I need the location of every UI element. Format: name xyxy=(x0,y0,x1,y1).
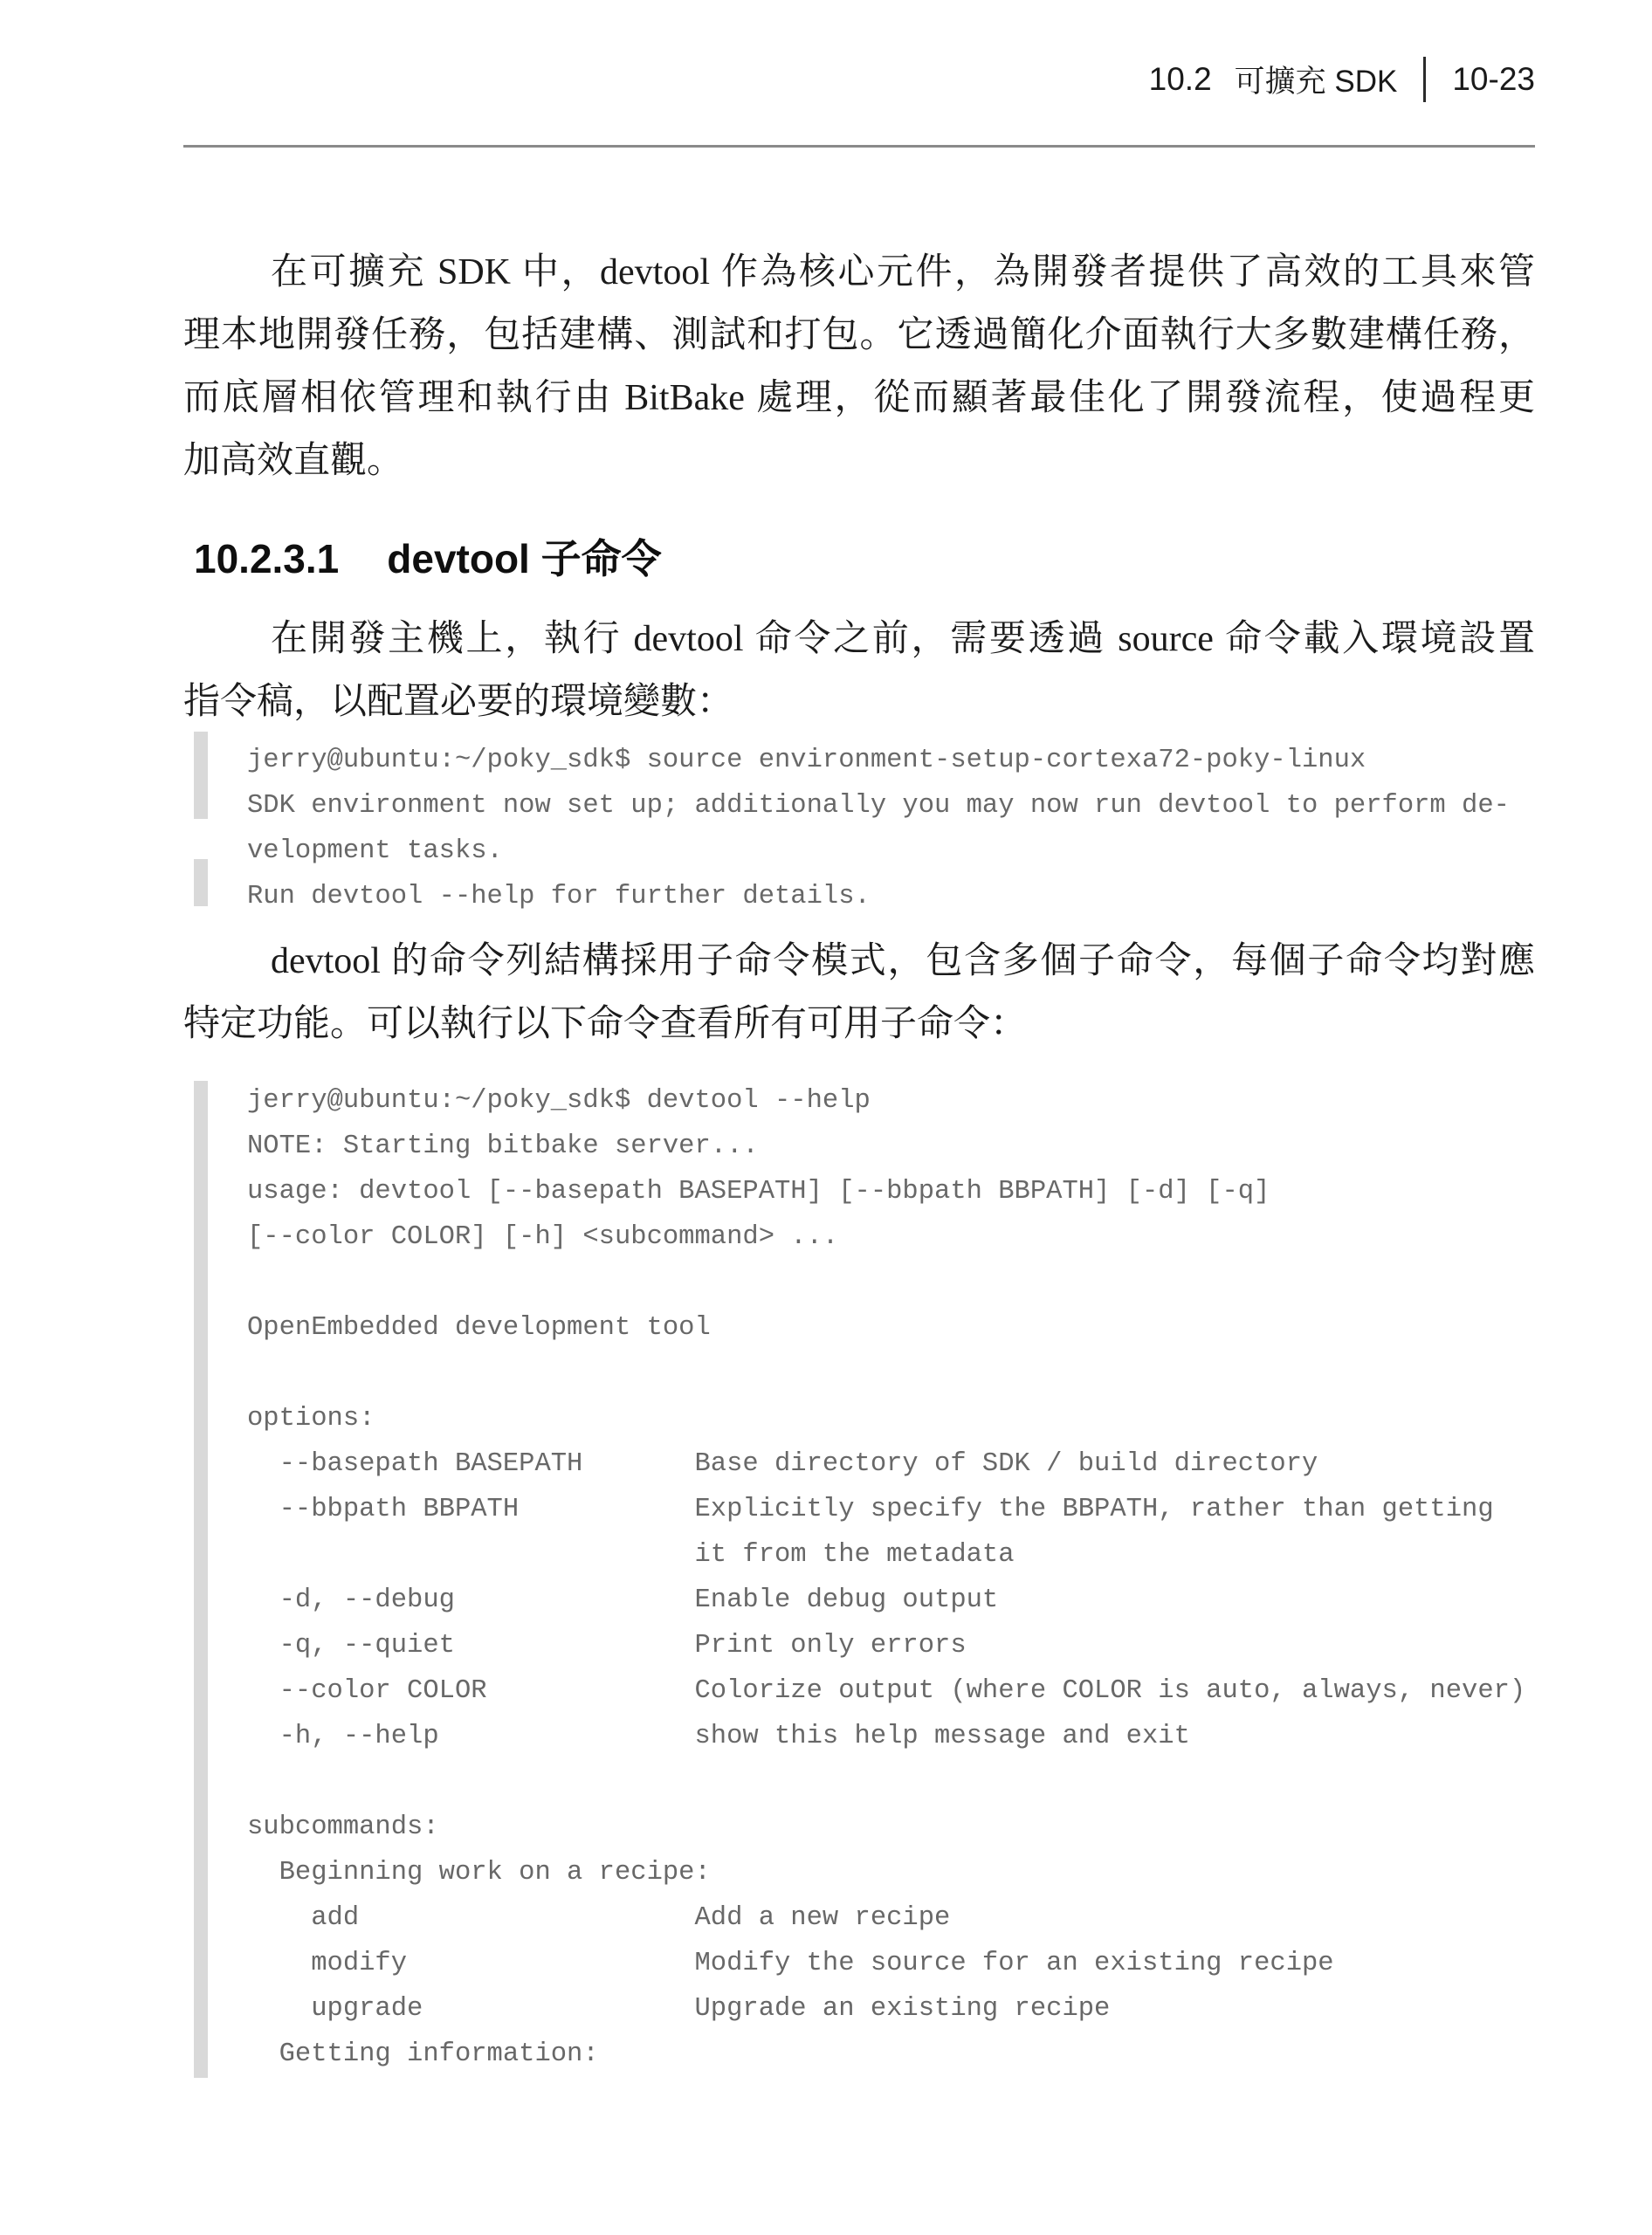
code-line: --color COLOR Colorize output (where COL… xyxy=(247,1668,1525,1714)
code-line: NOTE: Starting bitbake server... xyxy=(247,1124,1525,1169)
header-section-number: 10.2 xyxy=(1149,61,1212,98)
header-page-number: 10-23 xyxy=(1452,61,1535,98)
code-line: velopment tasks. xyxy=(247,829,1510,874)
code-line xyxy=(247,1351,1525,1396)
code-line: Beginning work on a recipe: xyxy=(247,1850,1525,1895)
code-block-source-env: jerry@ubuntu:~/poky_sdk$ source environm… xyxy=(247,738,1510,919)
paragraph-subcommands: devtool 的命令列結構採用子命令模式，包含多個子命令，每個子命令均對應 特… xyxy=(183,930,1535,1056)
code-line xyxy=(247,1260,1525,1305)
code-line: usage: devtool [--basepath BASEPATH] [--… xyxy=(247,1169,1525,1214)
code-line: options: xyxy=(247,1396,1525,1441)
code-accent-bar xyxy=(194,859,208,906)
paragraph-line: 特定功能。可以執行以下命令查看所有可用子命令： xyxy=(183,993,1535,1056)
paragraph-line: 理本地開發任務，包括建構、測試和打包。它透過簡化介面執行大多數建構任務， xyxy=(183,304,1535,367)
paragraph-line: 在開發主機上，執行 devtool 命令之前，需要透過 source 命令載入環… xyxy=(183,608,1535,670)
book-page: 10.2 可擴充 SDK 10-23 在可擴充 SDK 中，devtool 作為… xyxy=(0,0,1652,2235)
paragraph-line: 加高效直觀。 xyxy=(183,430,1535,492)
section-heading-title: devtool 子命令 xyxy=(387,536,661,581)
code-line: --bbpath BBPATH Explicitly specify the B… xyxy=(247,1487,1525,1532)
code-line: subcommands: xyxy=(247,1805,1525,1850)
code-line: SDK environment now set up; additionally… xyxy=(247,783,1510,829)
header-section-title: 可擴充 SDK xyxy=(1235,58,1398,101)
paragraph-setup: 在開發主機上，執行 devtool 命令之前，需要透過 source 命令載入環… xyxy=(183,608,1535,733)
code-line: jerry@ubuntu:~/poky_sdk$ devtool --help xyxy=(247,1078,1525,1124)
code-line: OpenEmbedded development tool xyxy=(247,1305,1525,1351)
code-accent-bar xyxy=(194,732,208,819)
paragraph-intro: 在可擴充 SDK 中，devtool 作為核心元件，為開發者提供了高效的工具來管… xyxy=(183,241,1535,492)
code-line: Run devtool --help for further details. xyxy=(247,874,1510,919)
code-line xyxy=(247,1759,1525,1805)
paragraph-line: 而底層相依管理和執行由 BitBake 處理，從而顯著最佳化了開發流程，使過程更 xyxy=(183,367,1535,430)
code-line: Getting information: xyxy=(247,2032,1525,2077)
code-line: -h, --help show this help message and ex… xyxy=(247,1714,1525,1759)
code-line: it from the metadata xyxy=(247,1532,1525,1578)
paragraph-line: 指令稿，以配置必要的環境變數： xyxy=(183,670,1535,733)
code-line: [--color COLOR] [-h] <subcommand> ... xyxy=(247,1214,1525,1260)
code-accent-bar xyxy=(194,1081,208,2078)
code-line: --basepath BASEPATH Base directory of SD… xyxy=(247,1441,1525,1487)
code-line: upgrade Upgrade an existing recipe xyxy=(247,1986,1525,2032)
section-heading-number: 10.2.3.1 xyxy=(194,536,339,581)
code-block-devtool-help: jerry@ubuntu:~/poky_sdk$ devtool --helpN… xyxy=(247,1078,1525,2077)
header-rule xyxy=(183,145,1535,148)
code-line: add Add a new recipe xyxy=(247,1895,1525,1941)
header-divider xyxy=(1423,57,1426,102)
running-header: 10.2 可擴充 SDK 10-23 xyxy=(1149,56,1535,103)
paragraph-line: 在可擴充 SDK 中，devtool 作為核心元件，為開發者提供了高效的工具來管 xyxy=(183,241,1535,304)
paragraph-line: devtool 的命令列結構採用子命令模式，包含多個子命令，每個子命令均對應 xyxy=(183,930,1535,993)
code-line: modify Modify the source for an existing… xyxy=(247,1941,1525,1986)
code-line: -d, --debug Enable debug output xyxy=(247,1578,1525,1623)
code-line: -q, --quiet Print only errors xyxy=(247,1623,1525,1668)
code-line: jerry@ubuntu:~/poky_sdk$ source environm… xyxy=(247,738,1510,783)
section-heading: 10.2.3.1devtool 子命令 xyxy=(194,534,662,583)
